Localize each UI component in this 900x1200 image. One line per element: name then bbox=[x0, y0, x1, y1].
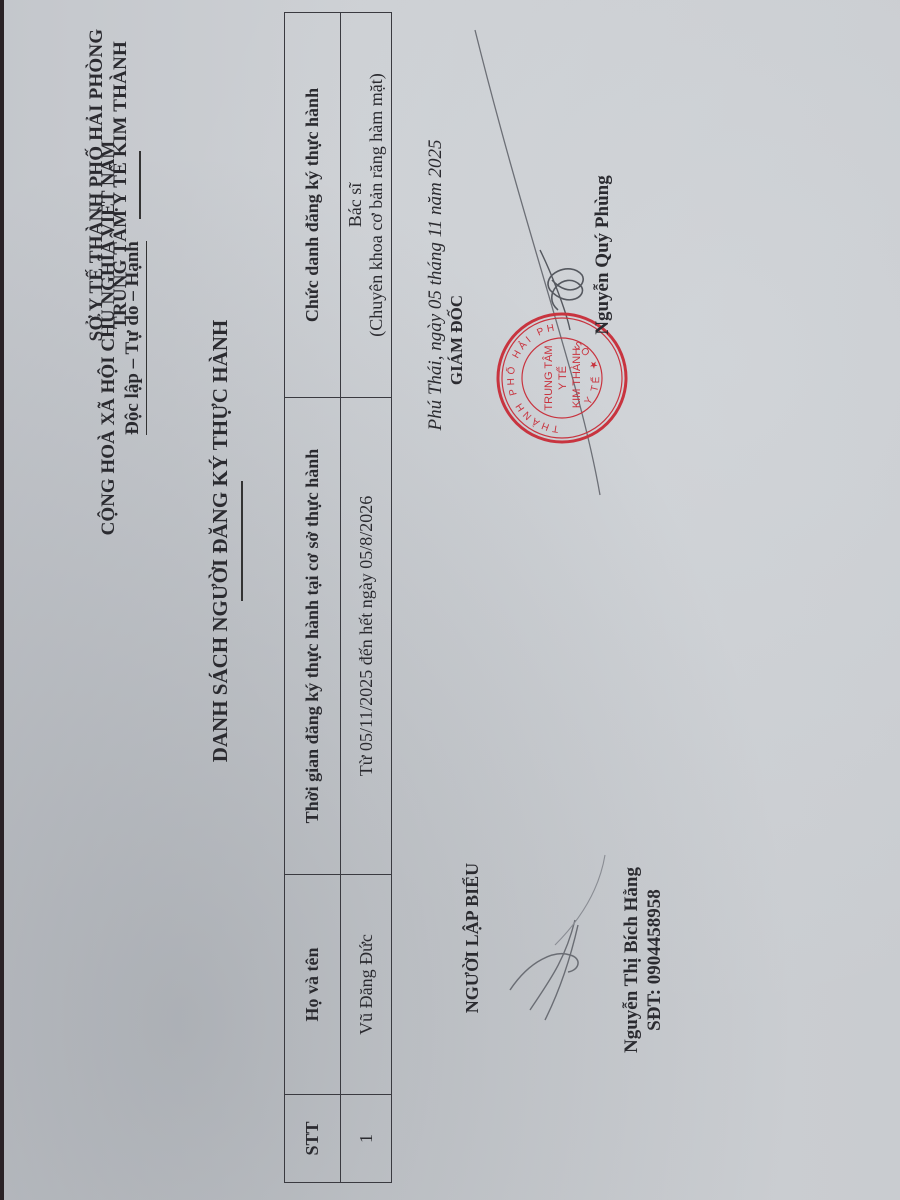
national-header: CỘNG HOÀ XÃ HỘI CHỦ NGHĨA VIỆT NAM Độc l… bbox=[97, 58, 147, 618]
preparer-signature bbox=[500, 850, 610, 1050]
column-header-position: Chức danh đăng ký thực hành bbox=[285, 13, 341, 398]
stamp-center-2: Y TẾ bbox=[556, 366, 569, 390]
document-title-block: DANH SÁCH NGƯỜI ĐĂNG KÝ THỰC HÀNH bbox=[207, 241, 243, 841]
table-header-row: STT Họ và tên Thời gian đăng ký thực hàn… bbox=[285, 13, 341, 1183]
preparer-phone: SĐT: 0904458958 bbox=[643, 810, 666, 1110]
stamp-center-3: KIM THÀNH bbox=[570, 348, 583, 408]
place-date-line: Phú Thái, ngày 05 tháng 11 năm 2025 bbox=[425, 25, 447, 545]
cell-position: Bác sĩ (Chuyên khoa cơ bản răng hàm mặt) bbox=[341, 13, 392, 398]
national-title: CỘNG HOÀ XÃ HỘI CHỦ NGHĨA VIỆT NAM bbox=[97, 58, 121, 618]
table-row: 1 Vũ Đăng Đức Từ 05/11/2025 đến hết ngày… bbox=[341, 13, 392, 1183]
document-page: SỞ Y TẾ THÀNH PHỐ HẢI PHÒNG TRUNG TÂM Y … bbox=[0, 0, 900, 1200]
preparer-name: Nguyễn Thị Bích Hằng bbox=[620, 810, 643, 1110]
position-specialty: (Chuyên khoa cơ bản răng hàm mặt) bbox=[366, 17, 387, 393]
column-header-period: Thời gian đăng ký thực hành tại cơ sở th… bbox=[285, 398, 341, 875]
cell-period: Từ 05/11/2025 đến hết ngày 05/8/2026 bbox=[341, 398, 392, 875]
column-header-stt: STT bbox=[285, 1095, 341, 1183]
cell-name: Vũ Đăng Đức bbox=[341, 875, 392, 1095]
director-name: Nguyễn Quý Phùng bbox=[592, 105, 614, 405]
preparer-role: NGƯỜI LẬP BIỂU bbox=[462, 808, 483, 1068]
document-title: DANH SÁCH NGƯỜI ĐĂNG KÝ THỰC HÀNH bbox=[207, 241, 233, 841]
national-motto: Độc lập – Tự do – Hạnh bbox=[121, 241, 147, 435]
director-role: GIÁM ĐỐC bbox=[447, 240, 467, 440]
column-header-name: Họ và tên bbox=[285, 875, 341, 1095]
position-title: Bác sĩ bbox=[345, 17, 366, 393]
registration-table: STT Họ và tên Thời gian đăng ký thực hàn… bbox=[284, 12, 392, 1183]
cell-stt: 1 bbox=[341, 1095, 392, 1183]
preparer-name-block: Nguyễn Thị Bích Hằng SĐT: 0904458958 bbox=[620, 810, 666, 1110]
title-underline bbox=[241, 481, 243, 601]
stamp-center-1: TRUNG TÂM bbox=[542, 345, 555, 410]
